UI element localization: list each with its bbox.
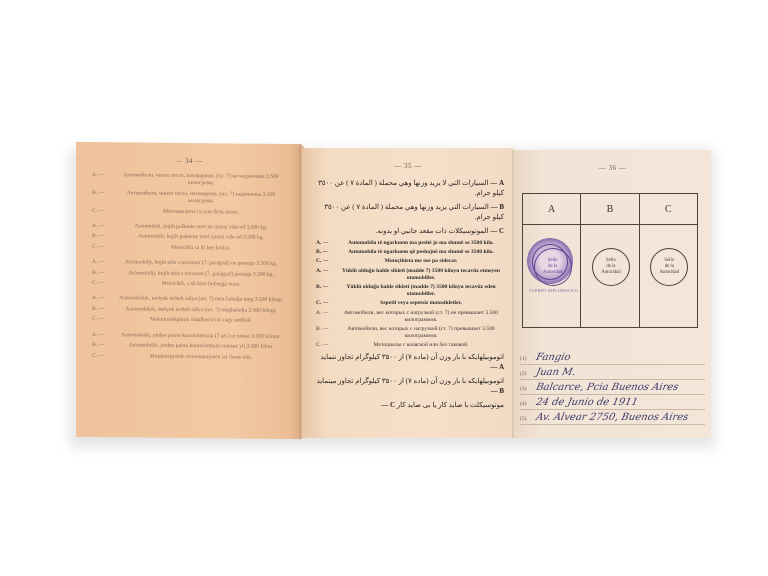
language-group: A. —Automobilok, melyek terhelt súlya (a… [92,295,288,325]
holder-field-birthplace: (3) Balcarce, Pcia Buenos Aires [520,380,705,395]
language-group: A. —Автомобили, чиито тегло, натоварени,… [92,172,288,217]
category-entry: B. —Automobili, kojih puštenie teret izn… [92,233,288,242]
category-entry: A. —Автомобили, вес которых с нагрузкой … [316,310,504,324]
arabic-entry: A — السيارات التي لا يزيد وزنها وهي محمل… [316,178,504,198]
category-entry: B. —Yüklü olduğu halde sikleti (madde 7)… [316,284,504,298]
language-group: A. —Automobiilit, joiden paino kuormitet… [92,332,288,362]
category-entry: B. —Automobilok, melyek terhelt súlya (a… [92,306,288,315]
category-entry: A. —Automobila të ngarkuem ma peshë jo m… [316,240,504,247]
authority-seal: Sellode laAutoridad [534,248,572,286]
category-entry: C. —Motocikli, s ali brez bočnega voza. [92,280,288,289]
category-entry: C. —Motorkerékpárok oldalkocsival vagy a… [92,316,288,325]
seal-column-c: C Sellode laAutoridad [640,194,697,327]
category-entry: B. —Автомобили, чиито тегло, натоварени,… [92,190,288,207]
holder-field-address: (5) Av. Alvear 2750, Buenos Aires [520,410,705,425]
column-header: B [581,194,638,225]
category-entry: A. —Automobilok, melyek terhelt súlya (a… [92,295,288,304]
category-entry: C. —Sepetli veya sepetsiz motosikletler. [316,300,504,307]
column-header: C [640,194,697,225]
category-entry: A. —Автомобили, чиито тегло, натоварени,… [92,172,288,189]
page-right: — 36 — A Sellode laAutoridad CUERPO DIPL… [514,150,711,438]
vehicle-categories-text: A — السيارات التي لا يزيد وزنها وهي محمل… [302,170,514,410]
seal-column-a: A Sellode laAutoridad CUERPO DIPLOMATICO [523,194,581,327]
authority-seal: Sellode laAutoridad [650,248,688,286]
handwritten-value: Juan M. [535,367,577,379]
category-entry: B. —Avtomobilji, kojih teža s tovorom (7… [92,270,288,279]
authority-seal-table: A Sellode laAutoridad CUERPO DIPLOMATICO… [522,193,698,328]
persian-entry: موتوسیکلت با صاید کار یا بی صاید کار C — [316,400,504,410]
arabic-entry: C — الموتوسيكلات ذات مقعد جانبي او بدونه… [316,226,504,236]
page-number: — 35 — [302,162,514,170]
holder-field-birthdate: (4) 24 de Junio de 1911 [520,395,705,410]
page-left: — 34 — A. —Автомобили, чиито тегло, нато… [76,142,302,439]
category-entry: B. —Автомобили, вес которых с нагрузкой … [316,326,504,340]
category-entry: C. —Мотоциклы с коляской или без таковой… [316,342,504,349]
category-entry: C. —Motoçikleta me ose pa sidecar. [316,258,504,265]
category-entry: A. —Avtomobilji, kojih teža s tovorom (7… [92,259,288,268]
vehicle-categories-text: A. —Автомобили, чиито тегло, натоварени,… [76,164,302,362]
albanian-group: A. —Automobila të ngarkuem ma peshë jo m… [316,240,504,266]
category-entry: B. —Automobila të ngarkuem që peshojnë m… [316,249,504,256]
turkish-group: A. —Yüklü olduğu halde sikleti (madde 7)… [316,268,504,308]
handwritten-value: Balcarce, Pcia Buenos Aires [535,382,680,394]
category-entry: C. —Motocikli sa ili bez kolica. [92,244,288,253]
language-group: A. —Automobili, kojih puštenie teret ne … [92,223,288,253]
category-entry: A. —Yüklü olduğu halde sikleti (madde 7)… [316,268,504,282]
category-entry: C. —Moottoripyörät sivuvaunuineen tai il… [92,352,288,361]
holder-field-surname: (1) Fangio [520,350,705,365]
stamp-caption: CUERPO DIPLOMATICO [529,288,578,293]
category-entry: A. —Automobili, kojih puštenie teret ne … [92,223,288,232]
page-number: — 36 — [514,164,711,172]
handwritten-value: Fangio [535,352,572,364]
seal-column-b: B Sellode laAutoridad [581,194,639,327]
arabic-entry: B — السيارات التي يزيد وزنها وهي محملة (… [316,202,504,222]
persian-entry: اتوموبیلهایکه با بار وزن آن (ماده ۷) از … [316,352,504,372]
russian-group: A. —Автомобили, вес которых с нагрузкой … [316,310,504,350]
holder-field-given-name: (2) Juan M. [520,365,705,380]
category-entry: C. —Мотоциклети съ или безъ кошъ. [92,208,288,217]
page-middle: — 35 — A — السيارات التي لا يزيد وزنها و… [302,148,514,438]
authority-seal: Sellode laAutoridad [592,248,630,286]
holder-details: (1) Fangio (2) Juan M. (3) Balcarce, Pci… [520,350,705,425]
language-group: A. —Avtomobilji, kojih teža s tovorom (7… [92,259,288,289]
handwritten-value: 24 de Junio de 1911 [535,397,639,409]
column-header: A [523,194,580,225]
persian-entry: اتوموبیلهایکه با بار وزن آن (ماده ۷) از … [316,376,504,396]
category-entry: A. —Automobiilit, joiden paino kuormitet… [92,332,288,341]
category-entry: B. —Automobiilit, joiden paino kuormitet… [92,342,288,351]
handwritten-value: Av. Alvear 2750, Buenos Aires [535,412,690,424]
